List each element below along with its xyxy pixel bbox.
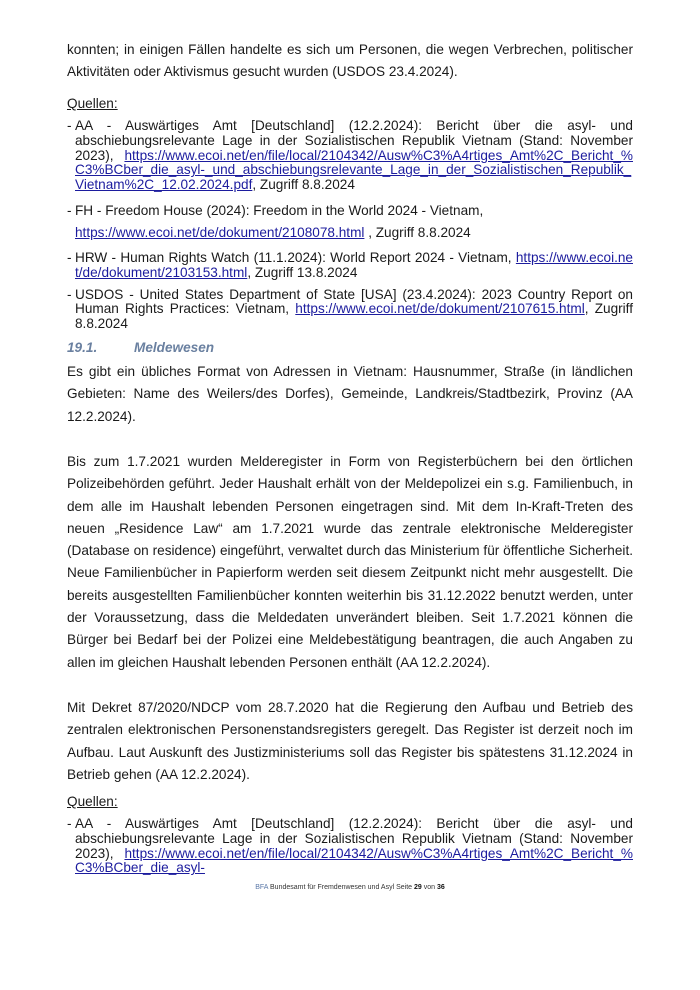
sources-label-2: Quellen: bbox=[67, 794, 118, 809]
source-link-aa-2[interactable]: https://www.ecoi.net/en/file/local/21043… bbox=[75, 846, 633, 876]
source-item-fh: FH - Freedom House (2024): Freedom in th… bbox=[67, 200, 633, 244]
intro-paragraph: konnten; in einigen Fällen handelte es s… bbox=[67, 39, 633, 84]
page-footer: BFA Bundesamt für Fremdenwesen und Asyl … bbox=[0, 884, 700, 891]
paragraph-civil-registry: Mit Dekret 87/2020/NDCP vom 28.7.2020 ha… bbox=[67, 697, 633, 786]
source-item-aa: AA - Auswärtiges Amt [Deutschland] (12.2… bbox=[67, 119, 633, 193]
paragraph-registry-history: Bis zum 1.7.2021 wurden Melderegister in… bbox=[67, 451, 633, 674]
source-item-usdos: USDOS - United States Department of Stat… bbox=[67, 288, 633, 332]
sources-label: Quellen: bbox=[67, 96, 118, 111]
footer-of: von bbox=[422, 884, 437, 891]
total-pages: 36 bbox=[437, 884, 445, 891]
source-text: FH - Freedom House (2024): Freedom in th… bbox=[75, 203, 483, 218]
source-item-hrw: HRW - Human Rights Watch (11.1.2024): Wo… bbox=[67, 251, 633, 281]
source-link-usdos[interactable]: https://www.ecoi.net/de/dokument/2107615… bbox=[295, 301, 584, 316]
source-text: HRW - Human Rights Watch (11.1.2024): Wo… bbox=[75, 250, 516, 265]
footer-org: Bundesamt für Fremdenwesen und Asyl Seit… bbox=[268, 884, 414, 891]
sources-list-2: AA - Auswärtiges Amt [Deutschland] (12.2… bbox=[67, 817, 633, 876]
current-page: 29 bbox=[414, 884, 422, 891]
section-heading: 19.1. Meldewesen bbox=[67, 340, 214, 355]
access-date: , Zugriff 13.8.2024 bbox=[247, 265, 357, 280]
access-date: , Zugriff 8.8.2024 bbox=[364, 225, 470, 240]
bfa-logo-text: BFA bbox=[255, 884, 268, 891]
access-date: , Zugriff 8.8.2024 bbox=[252, 177, 355, 192]
sources-list-1: AA - Auswärtiges Amt [Deutschland] (12.2… bbox=[67, 119, 633, 332]
source-item-aa-2: AA - Auswärtiges Amt [Deutschland] (12.2… bbox=[67, 817, 633, 876]
section-number: 19.1. bbox=[67, 340, 134, 355]
section-title: Meldewesen bbox=[134, 340, 214, 355]
paragraph-address-format: Es gibt ein übliches Format von Adressen… bbox=[67, 361, 633, 428]
source-link-fh[interactable]: https://www.ecoi.net/de/dokument/2108078… bbox=[75, 225, 364, 240]
